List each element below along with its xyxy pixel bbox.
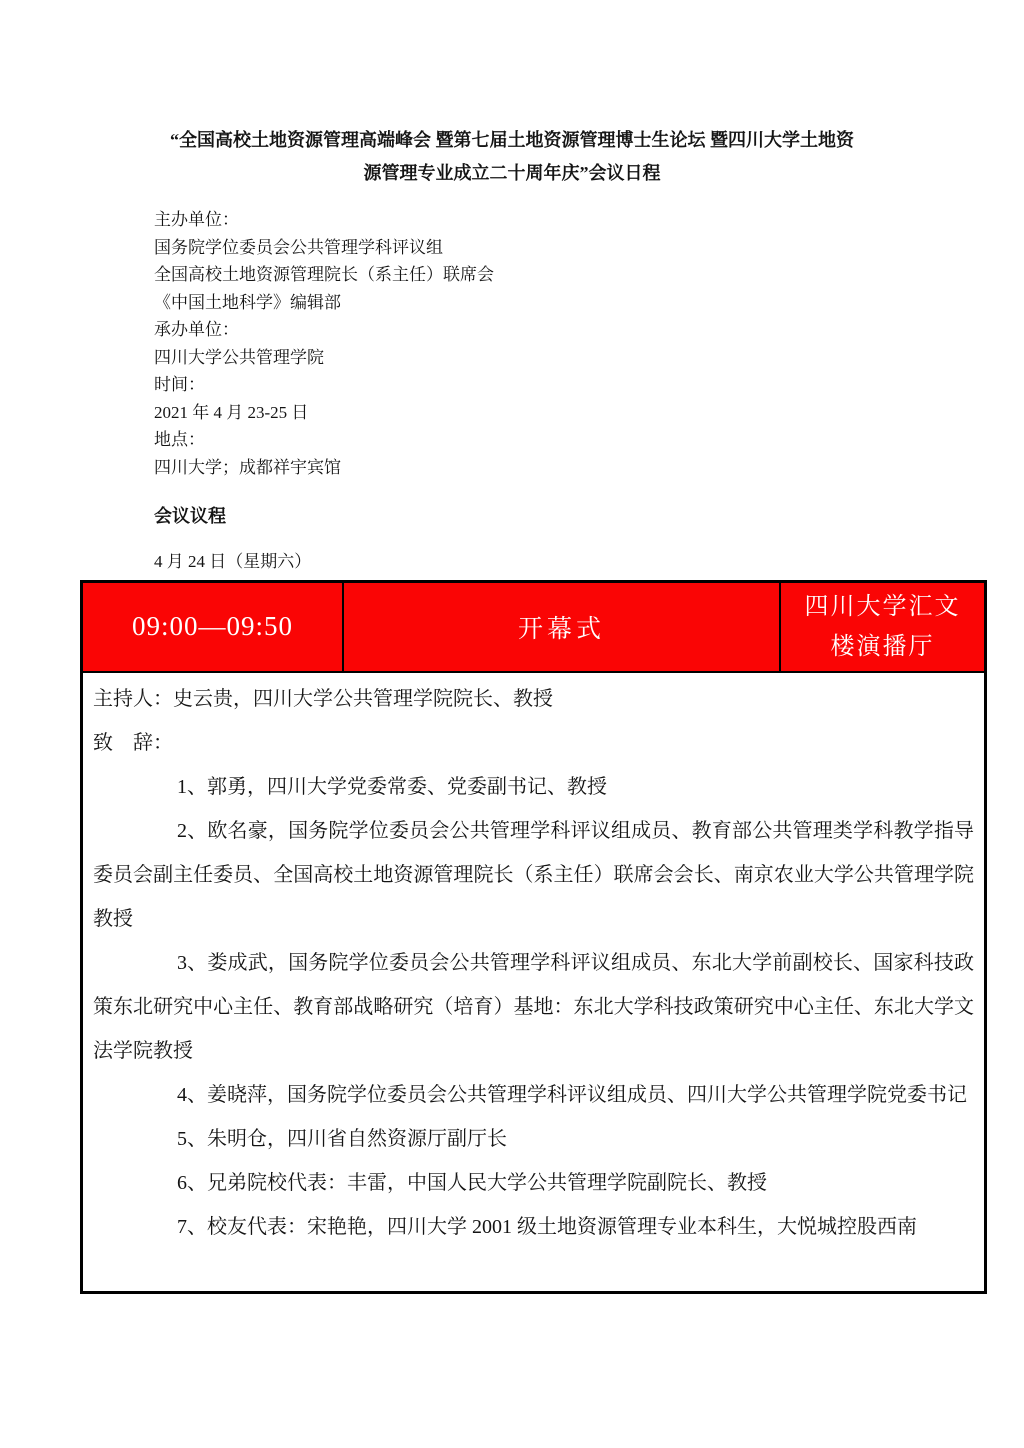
conference-info-line: 国务院学位委员会公共管理学科评议组 [154, 234, 1024, 262]
conference-info-line: 2021 年 4 月 23-25 日 [154, 399, 1024, 427]
agenda-paragraph: 3、娄成武，国务院学位委员会公共管理学科评议组成员、东北大学前副校长、国家科技政… [93, 941, 974, 1073]
conference-info-line: 四川大学；成都祥宇宾馆 [154, 454, 1024, 482]
conference-info-line: 承办单位： [154, 316, 1024, 344]
conference-info-line: 地点： [154, 426, 1024, 454]
conference-info-line: 四川大学公共管理学院 [154, 344, 1024, 372]
agenda-paragraph: 4、姜晓萍，国务院学位委员会公共管理学科评议组成员、四川大学公共管理学院党委书记 [93, 1073, 974, 1117]
session-details-cell: 主持人：史云贵，四川大学公共管理学院院长、教授 致 辞： 1、郭勇，四川大学党委… [82, 672, 986, 1293]
document-page: “全国高校土地资源管理高端峰会 暨第七届土地资源管理博士生论坛 暨四川大学土地资… [0, 0, 1024, 1448]
schedule-body-row: 主持人：史云贵，四川大学公共管理学院院长、教授 致 辞： 1、郭勇，四川大学党委… [82, 672, 986, 1293]
conference-info-line: 全国高校土地资源管理院长（系主任）联席会 [154, 261, 1024, 289]
agenda-paragraph: 6、兄弟院校代表：丰雷，中国人民大学公共管理学院副院长、教授 [93, 1161, 974, 1205]
session-details: 主持人：史云贵，四川大学公共管理学院院长、教授 致 辞： 1、郭勇，四川大学党委… [93, 677, 974, 1291]
conference-info-block: 主办单位： 国务院学位委员会公共管理学科评议组 全国高校土地资源管理院长（系主任… [154, 206, 1024, 481]
schedule-table: 09:00—09:50 开幕式 四川大学汇文楼演播厅 主持人：史云贵，四川大学公… [80, 580, 987, 1294]
session-name-cell: 开幕式 [343, 582, 780, 672]
agenda-paragraph: 5、朱明仓，四川省自然资源厅副厅长 [93, 1117, 974, 1161]
agenda-paragraph: 2、欧名豪，国务院学位委员会公共管理学科评议组成员、教育部公共管理类学科教学指导… [93, 809, 974, 941]
agenda-paragraph: 7、校友代表：宋艳艳，四川大学 2001 级土地资源管理专业本科生，大悦城控股西… [93, 1205, 974, 1249]
conference-info-line: 主办单位： [154, 206, 1024, 234]
agenda-paragraph: 致 辞： [93, 721, 974, 765]
agenda-heading: 会议议程 [154, 504, 1024, 528]
document-title-line: 源管理专业成立二十周年庆”会议日程 [147, 157, 877, 190]
conference-info-line: 时间： [154, 371, 1024, 399]
agenda-paragraph: 1、郭勇，四川大学党委常委、党委副书记、教授 [93, 765, 974, 809]
schedule-header-row: 09:00—09:50 开幕式 四川大学汇文楼演播厅 [82, 582, 986, 672]
conference-info-line: 《中国土地科学》编辑部 [154, 289, 1024, 317]
agenda-paragraph: 主持人：史云贵，四川大学公共管理学院院长、教授 [93, 677, 974, 721]
session-time-cell: 09:00—09:50 [82, 582, 344, 672]
session-venue-cell: 四川大学汇文楼演播厅 [780, 582, 986, 672]
document-title: “全国高校土地资源管理高端峰会 暨第七届土地资源管理博士生论坛 暨四川大学土地资… [147, 0, 877, 190]
document-title-line: “全国高校土地资源管理高端峰会 暨第七届土地资源管理博士生论坛 暨四川大学土地资 [147, 124, 877, 157]
date-heading: 4 月 24 日（星期六） [154, 550, 1024, 574]
